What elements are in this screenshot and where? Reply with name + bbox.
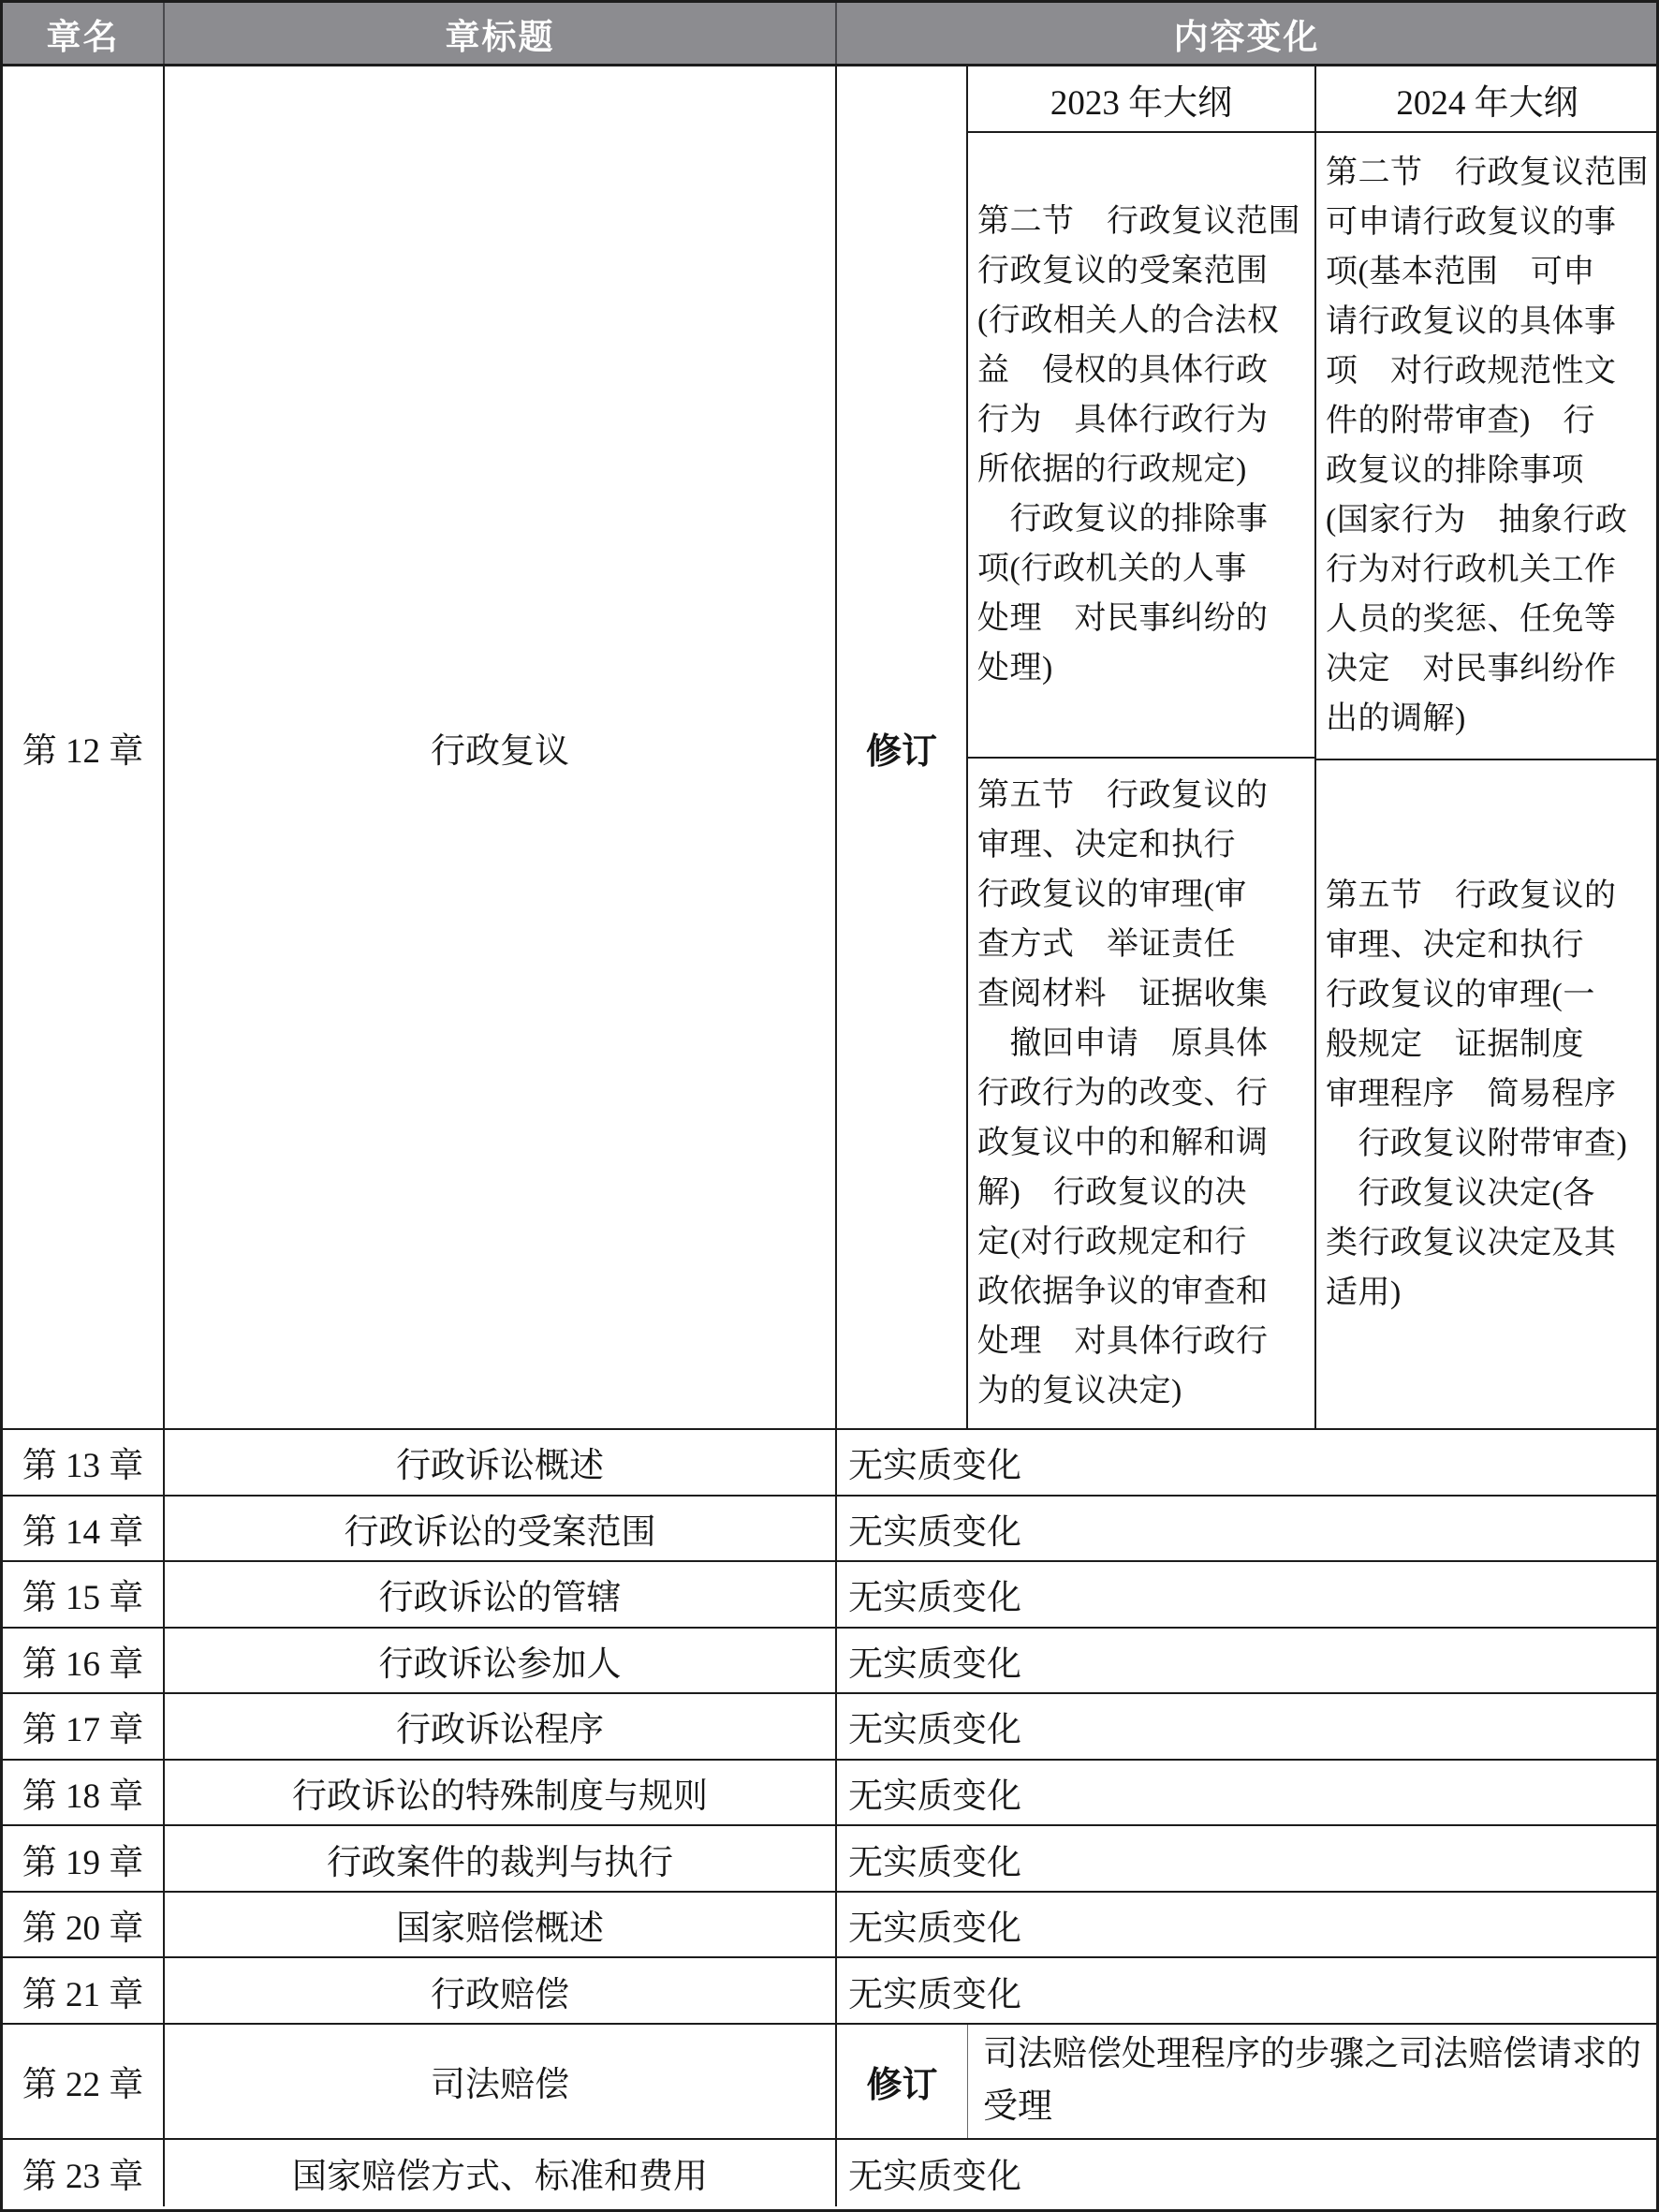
chapter-title: 司法赔偿 [165,2025,837,2138]
row-chapter-13: 第 13 章 行政诉讼概述 无实质变化 [3,1430,1656,1497]
row-chapter-14: 第 14 章 行政诉讼的受案范围 无实质变化 [3,1497,1656,1563]
column-2023: 2023 年大纲 第二节 行政复议范围 行政复议的受案范围 (行政相关人的合法权… [968,66,1316,1428]
row-chapter-23: 第 23 章 国家赔偿方式、标准和费用 无实质变化 [3,2140,1656,2206]
chapter-22-change-text: 司法赔偿处理程序的步骤之司法赔偿请求的 受理 [983,2028,1641,2133]
chapter-change: 无实质变化 [837,1826,1656,1891]
chapter-title: 行政诉讼参加人 [165,1629,837,1693]
cell-2024-section2-text: 第二节 行政复议范围 可申请行政复议的事 项(基本范围 可申 请行政复议的具体事… [1326,148,1649,744]
chapter-name: 第 22 章 [3,2025,165,2138]
chapter-title: 行政赔偿 [165,1958,837,2023]
chapter-change: 无实质变化 [837,1761,1656,1825]
cell-2023-section5: 第五节 行政复议的 审理、决定和执行 行政复议的审理(审 查方式 举证责任 查阅… [968,759,1314,1428]
header-chapter-title: 章标题 [165,3,837,64]
table-header-row: 章名 章标题 内容变化 [3,3,1656,66]
header-content-change: 内容变化 [837,3,1656,64]
chapter-name: 第 20 章 [3,1893,165,1957]
chapter-change: 无实质变化 [837,1497,1656,1561]
chapter-change: 无实质变化 [837,1958,1656,2023]
chapter-name: 第 15 章 [3,1562,165,1627]
chapter-change: 无实质变化 [837,1430,1656,1495]
row-chapter-21: 第 21 章 行政赔偿 无实质变化 [3,1958,1656,2025]
row-chapter-18: 第 18 章 行政诉讼的特殊制度与规则 无实质变化 [3,1761,1656,1827]
cell-2023-section5-text: 第五节 行政复议的 审理、决定和执行 行政复议的审理(审 查方式 举证责任 查阅… [977,771,1269,1416]
header-chapter-name: 章名 [3,3,165,64]
row-chapter-22: 第 22 章 司法赔偿 修订 司法赔偿处理程序的步骤之司法赔偿请求的 受理 [3,2025,1656,2140]
chapter-change: 无实质变化 [837,1629,1656,1693]
subheader-2024: 2024 年大纲 [1316,66,1658,133]
chapter-title: 国家赔偿概述 [165,1893,837,1957]
row-chapter-15: 第 15 章 行政诉讼的管辖 无实质变化 [3,1562,1656,1629]
chapter-name: 第 19 章 [3,1826,165,1891]
chapter-name: 第 23 章 [3,2140,165,2206]
chapter-name: 第 14 章 [3,1497,165,1561]
chapter-12-revision-badge: 修订 [837,66,968,1428]
cell-2024-section2: 第二节 行政复议范围 可申请行政复议的事 项(基本范围 可申 请行政复议的具体事… [1316,133,1658,760]
subheader-2023: 2023 年大纲 [968,66,1314,133]
cell-2023-section2-text: 第二节 行政复议范围 行政复议的受案范围 (行政相关人的合法权 益 侵权的具体行… [977,197,1300,693]
syllabus-change-table: 章名 章标题 内容变化 第 12 章 行政复议 修订 2023 年大纲 第二节 … [0,0,1659,2212]
chapter-12-title: 行政复议 [165,66,837,1428]
chapter-22-change: 司法赔偿处理程序的步骤之司法赔偿请求的 受理 [968,2025,1656,2138]
chapter-change: 无实质变化 [837,1694,1656,1759]
cell-2024-section5: 第五节 行政复议的 审理、决定和执行 行政复议的审理(一 般规定 证据制度 审理… [1316,760,1658,1428]
chapter-name: 第 21 章 [3,1958,165,2023]
row-chapter-19: 第 19 章 行政案件的裁判与执行 无实质变化 [3,1826,1656,1893]
row-chapter-12: 第 12 章 行政复议 修订 2023 年大纲 第二节 行政复议范围 行政复议的… [3,66,1656,1430]
chapter-title: 行政诉讼的管辖 [165,1562,837,1627]
cell-2024-section5-text: 第五节 行政复议的 审理、决定和执行 行政复议的审理(一 般规定 证据制度 审理… [1326,871,1627,1318]
chapter-title: 国家赔偿方式、标准和费用 [165,2140,837,2206]
row-chapter-20: 第 20 章 国家赔偿概述 无实质变化 [3,1893,1656,1959]
chapter-change: 无实质变化 [837,1562,1656,1627]
chapter-12-name: 第 12 章 [3,66,165,1428]
chapter-title: 行政诉讼程序 [165,1694,837,1759]
row-chapter-16: 第 16 章 行政诉讼参加人 无实质变化 [3,1629,1656,1695]
chapter-name: 第 17 章 [3,1694,165,1759]
chapter-name: 第 16 章 [3,1629,165,1693]
chapter-title: 行政诉讼概述 [165,1430,837,1495]
chapter-title: 行政诉讼的特殊制度与规则 [165,1761,837,1825]
chapter-name: 第 18 章 [3,1761,165,1825]
chapter-change: 无实质变化 [837,1893,1656,1957]
chapter-title: 行政诉讼的受案范围 [165,1497,837,1561]
chapter-22-revision-badge: 修订 [837,2025,968,2138]
row-chapter-17: 第 17 章 行政诉讼程序 无实质变化 [3,1694,1656,1761]
chapter-name: 第 13 章 [3,1430,165,1495]
column-2024: 2024 年大纲 第二节 行政复议范围 可申请行政复议的事 项(基本范围 可申 … [1316,66,1658,1428]
chapter-12-change-area: 修订 2023 年大纲 第二节 行政复议范围 行政复议的受案范围 (行政相关人的… [837,66,1658,1428]
chapter-change: 无实质变化 [837,2140,1656,2206]
chapter-title: 行政案件的裁判与执行 [165,1826,837,1891]
cell-2023-section2: 第二节 行政复议范围 行政复议的受案范围 (行政相关人的合法权 益 侵权的具体行… [968,133,1314,759]
